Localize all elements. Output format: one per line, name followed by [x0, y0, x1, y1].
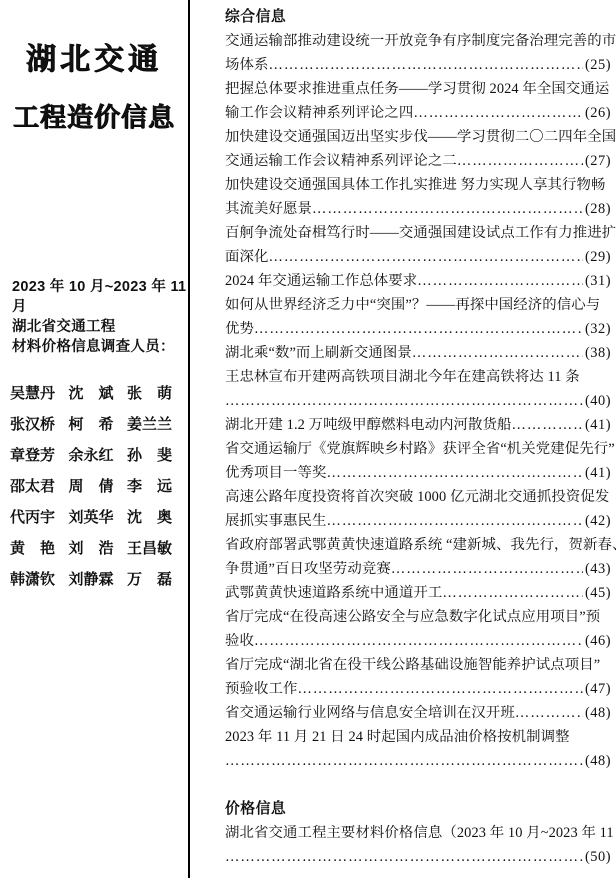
toc-entry-text: 优势	[225, 317, 254, 341]
toc-entry-line: 加快建设交通强国具体工作扎实推进 努力实现人享其行物畅	[225, 173, 611, 197]
surveyor-name: 张 萌	[127, 379, 172, 410]
dot-leader	[268, 53, 583, 77]
surveyor-name: 沈 斌	[68, 379, 113, 410]
dot-leader	[254, 317, 583, 341]
toc-entry-text: 湖北开建 1.2 万吨级甲醇燃料电动内河散货船	[225, 413, 512, 437]
surveyor-name: 邵太君	[10, 472, 55, 503]
toc-section-heading: 综合信息	[225, 5, 611, 29]
toc-page-number: (25)	[583, 53, 611, 77]
surveyor-name-row: 吴慧丹沈 斌张 萌	[10, 379, 172, 410]
dot-leader	[457, 149, 583, 173]
surveyor-name-list: 吴慧丹沈 斌张 萌张汉桥柯 希姜兰兰章登芳余永红孙 斐邵太君周 倩李 远代丙宇刘…	[0, 379, 188, 596]
surveyor-name: 章登芳	[10, 441, 55, 472]
toc-entry-line: 预验收工作(47)	[225, 677, 611, 701]
surveyor-name: 李 远	[127, 472, 172, 503]
toc-page-number: (41)	[583, 413, 611, 437]
dot-leader	[225, 389, 583, 413]
toc-page-number: (28)	[583, 197, 611, 221]
toc-page-number: (26)	[583, 101, 611, 125]
toc-entry-line: 武鄂黄黄快速道路系统中通道开工(45)	[225, 581, 611, 605]
toc-page-number: (31)	[583, 269, 611, 293]
journal-title-line1: 湖北交通	[0, 42, 188, 78]
toc-entry-text: 预验收工作	[225, 677, 297, 701]
surveyor-name-row: 章登芳余永红孙 斐	[10, 441, 172, 472]
dot-leader	[268, 245, 583, 269]
toc-entry-text: 交通运输工作会议精神系列评论之二	[225, 149, 457, 173]
toc-entry-line: 省厅完成“湖北省在役干线公路基础设施智能养护试点项目”	[225, 653, 611, 677]
surveyor-name-row: 代丙宇刘英华沈 奥	[10, 503, 172, 534]
toc-entry-text: 争贯通”百日攻坚劳动竞赛	[225, 557, 391, 581]
toc-entry-text: 优秀项目一等奖	[225, 461, 326, 485]
surveyor-name: 韩潇钦	[10, 565, 55, 596]
toc-entry-line: 验收(46)	[225, 629, 611, 653]
toc-page-number: (32)	[583, 317, 611, 341]
surveyor-name: 刘静霖	[68, 565, 113, 596]
toc-entry-text: 输工作会议精神系列评论之四	[225, 101, 413, 125]
table-of-contents: 综合信息交通运输部推动建设统一开放竞争有序制度完备治理完善的市场体系(25)把握…	[190, 0, 616, 878]
toc-entry-line: 场体系(25)	[225, 53, 611, 77]
toc-entry-line: 展抓实事惠民生(42)	[225, 509, 611, 533]
dot-leader	[413, 101, 583, 125]
toc-entry-line: 湖北开建 1.2 万吨级甲醇燃料电动内河散货船(41)	[225, 413, 611, 437]
toc-entry-text: 王忠林宣布开建两高铁项目湖北今年在建高铁将达 11 条	[225, 365, 580, 389]
surveyor-name-row: 张汉桥柯 希姜兰兰	[10, 410, 172, 441]
toc-entry-line: 王忠林宣布开建两高铁项目湖北今年在建高铁将达 11 条	[225, 365, 611, 389]
journal-title-line2: 工程造价信息	[0, 101, 188, 135]
toc-entry-text: 湖北乘“数”而上刷新交通图景	[225, 341, 412, 365]
survey-info-line: 2023 年 10 月~2023 年 11 月	[12, 277, 188, 317]
toc-entry-text: 加快建设交通强国具体工作扎实推进 努力实现人享其行物畅	[225, 173, 605, 197]
sidebar: 湖北交通 工程造价信息 2023 年 10 月~2023 年 11 月湖北省交通…	[0, 0, 188, 878]
toc-entry-line: 其流美好愿景(28)	[225, 197, 611, 221]
surveyor-name: 沈 奥	[127, 503, 172, 534]
toc-page-number: (29)	[583, 245, 611, 269]
survey-info-line: 材料价格信息调查人员：	[12, 337, 188, 357]
toc-page-number: (38)	[583, 341, 611, 365]
dot-leader	[417, 269, 583, 293]
toc-entry-text: 交通运输部推动建设统一开放竞争有序制度完备治理完善的市	[225, 29, 616, 53]
dot-leader	[326, 461, 583, 485]
toc-entry-text: 省交通运输行业网络与信息安全培训在汉开班	[225, 701, 515, 725]
toc-page-number: (48)	[583, 701, 611, 725]
toc-page-number: (45)	[583, 581, 611, 605]
toc-entry-text: 百舸争流处奋楫笃行时——交通强国建设试点工作有力推进扩	[225, 221, 616, 245]
toc-entry-line: 省交通运输厅《党旗辉映乡村路》获评全省“机关党建促先行”	[225, 437, 611, 461]
toc-entry-text: 高速公路年度投资将首次突破 1000 亿元湖北交通抓投资促发	[225, 485, 609, 509]
dot-leader	[297, 677, 583, 701]
surveyor-name: 姜兰兰	[127, 410, 172, 441]
toc-entry-line: 高速公路年度投资将首次突破 1000 亿元湖北交通抓投资促发	[225, 485, 611, 509]
dot-leader	[326, 509, 583, 533]
surveyor-name: 张汉桥	[10, 410, 55, 441]
toc-entry-text: 如何从世界经济乏力中“突围”？——再探中国经济的信心与	[225, 293, 600, 317]
toc-entry-line: 交通运输工作会议精神系列评论之二(27)	[225, 149, 611, 173]
toc-entry-line: (48)	[225, 749, 611, 773]
toc-entry-line: (50)	[225, 845, 611, 869]
toc-entry-text: 湖北省交通工程主要材料价格信息（2023 年 10 月~2023 年 11 月）	[225, 821, 616, 845]
toc-entry-line: 湖北乘“数”而上刷新交通图景(38)	[225, 341, 611, 365]
toc-entry-text: 省政府部署武鄂黄黄快速道路系统 “建新城、我先行，贺新春、	[225, 533, 616, 557]
toc-page-number: (27)	[583, 149, 611, 173]
toc-entry-line: 湖北省交通工程主要材料价格信息（2023 年 10 月~2023 年 11 月）	[225, 821, 611, 845]
toc-entry-line: (40)	[225, 389, 611, 413]
toc-entry-text: 验收	[225, 629, 254, 653]
toc-page-number: (40)	[583, 389, 611, 413]
toc-page-number: (43)	[583, 557, 611, 581]
toc-section-heading: 价格信息	[225, 797, 611, 821]
toc-entry-line: 面深化(29)	[225, 245, 611, 269]
dot-leader	[412, 341, 583, 365]
toc-entry-line: 百舸争流处奋楫笃行时——交通强国建设试点工作有力推进扩	[225, 221, 611, 245]
toc-entry-line: 省政府部署武鄂黄黄快速道路系统 “建新城、我先行，贺新春、	[225, 533, 611, 557]
toc-entry-line: 如何从世界经济乏力中“突围”？——再探中国经济的信心与	[225, 293, 611, 317]
toc-entry-text: 省厅完成“在役高速公路安全与应急数字化试点应用项目”预	[225, 605, 600, 629]
surveyor-name: 刘 浩	[68, 534, 113, 565]
toc-entry-text: 省厅完成“湖北省在役干线公路基础设施智能养护试点项目”	[225, 653, 600, 677]
toc-page-number: (41)	[583, 461, 611, 485]
surveyor-name: 代丙宇	[10, 503, 55, 534]
toc-entry-text: 展抓实事惠民生	[225, 509, 326, 533]
toc-entry-text: 省交通运输厅《党旗辉映乡村路》获评全省“机关党建促先行”	[225, 437, 615, 461]
dot-leader	[515, 701, 583, 725]
toc-page-number: (42)	[583, 509, 611, 533]
toc-entry-line: 优秀项目一等奖(41)	[225, 461, 611, 485]
dot-leader	[312, 197, 583, 221]
toc-page-number: (47)	[583, 677, 611, 701]
dot-leader	[225, 845, 583, 869]
toc-entry-line: 2024 年交通运输工作总体要求(31)	[225, 269, 611, 293]
surveyor-name: 柯 希	[68, 410, 113, 441]
toc-page-number: (46)	[583, 629, 611, 653]
toc-entry-text: 2023 年 11 月 21 日 24 时起国内成品油价格按机制调整	[225, 725, 570, 749]
surveyor-name: 周 倩	[68, 472, 113, 503]
toc-entry-text: 武鄂黄黄快速道路系统中通道开工	[225, 581, 442, 605]
toc-entry-text: 场体系	[225, 53, 268, 77]
toc-entry-text: 面深化	[225, 245, 268, 269]
surveyor-name-row: 邵太君周 倩李 远	[10, 472, 172, 503]
toc-entry-line: 把握总体要求推进重点任务——学习贯彻 2024 年全国交通运	[225, 77, 611, 101]
surveyor-name: 余永红	[68, 441, 113, 472]
toc-entry-line: 省交通运输行业网络与信息安全培训在汉开班(48)	[225, 701, 611, 725]
surveyor-name: 吴慧丹	[10, 379, 55, 410]
toc-entry-text: 把握总体要求推进重点任务——学习贯彻 2024 年全国交通运	[225, 77, 609, 101]
survey-info-line: 湖北省交通工程	[12, 317, 188, 337]
dot-leader	[391, 557, 583, 581]
toc-entry-line: 优势(32)	[225, 317, 611, 341]
dot-leader	[254, 629, 583, 653]
toc-page-number: (50)	[583, 845, 611, 869]
surveyor-name: 王昌敏	[127, 534, 172, 565]
surveyor-name: 万 磊	[127, 565, 172, 596]
toc-entry-line: 交通运输部推动建设统一开放竞争有序制度完备治理完善的市	[225, 29, 611, 53]
dot-leader	[442, 581, 583, 605]
surveyor-name-row: 黄 艳刘 浩王昌敏	[10, 534, 172, 565]
surveyor-name-row: 韩潇钦刘静霖万 磊	[10, 565, 172, 596]
dot-leader	[225, 749, 583, 773]
journal-toc-page: 湖北交通 工程造价信息 2023 年 10 月~2023 年 11 月湖北省交通…	[0, 0, 616, 878]
toc-entry-text: 其流美好愿景	[225, 197, 312, 221]
toc-entry-line: 2023 年 11 月 21 日 24 时起国内成品油价格按机制调整	[225, 725, 611, 749]
toc-entry-line: 输工作会议精神系列评论之四(26)	[225, 101, 611, 125]
toc-entry-line: 加快建设交通强国迈出坚实步伐——学习贯彻二〇二四年全国	[225, 125, 611, 149]
surveyor-name: 孙 斐	[127, 441, 172, 472]
toc-page-number: (48)	[583, 749, 611, 773]
survey-period-info: 2023 年 10 月~2023 年 11 月湖北省交通工程材料价格信息调查人员…	[0, 277, 188, 357]
surveyor-name: 黄 艳	[10, 534, 55, 565]
surveyor-name: 刘英华	[68, 503, 113, 534]
toc-entry-text: 2024 年交通运输工作总体要求	[225, 269, 417, 293]
dot-leader	[512, 413, 583, 437]
toc-entry-line: 省厅完成“在役高速公路安全与应急数字化试点应用项目”预	[225, 605, 611, 629]
toc-entry-line: 争贯通”百日攻坚劳动竞赛(43)	[225, 557, 611, 581]
toc-entry-text: 加快建设交通强国迈出坚实步伐——学习贯彻二〇二四年全国	[225, 125, 616, 149]
